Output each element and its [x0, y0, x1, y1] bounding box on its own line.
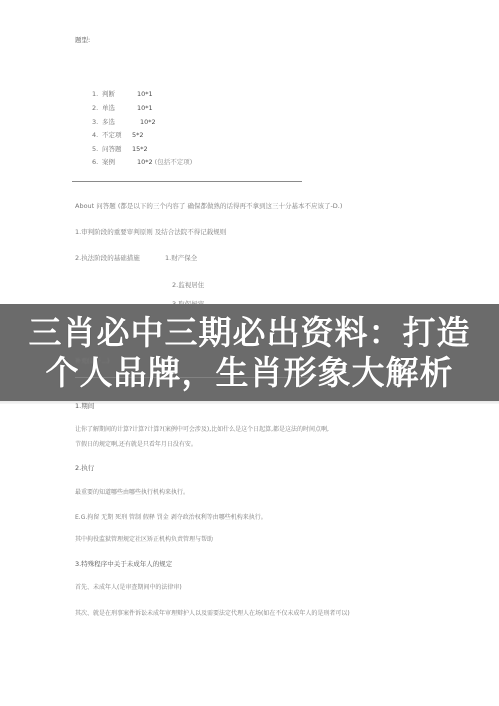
section-2-note: 其中拘役监狱管理规定社区矫正机构负责管理与帮助: [75, 536, 213, 544]
question-type-item: 1. 判断 10*1: [92, 90, 153, 98]
point-2-sub-item: 1.财产保全: [165, 254, 197, 262]
section-3-second: 其次、就是在刑事案件诉讼未成年审理辩护人以及需要法定代理人在场(如在不仅未成年人…: [75, 610, 350, 618]
question-type-item: 6. 案例 10*2 (包括不定项): [92, 158, 192, 166]
about-line: About 问答题 (都是以下的三个内容了 确保都做熟的话得再不拿到这三十分基本…: [75, 202, 342, 210]
question-type-item: 2. 单选 10*1: [92, 104, 153, 112]
section-2-body: 最重要的知道哪些由哪些执行机构来执行。: [75, 489, 189, 497]
point-1: 1.审判阶段的重要审判原则 及结合法院不得记载规则: [75, 228, 226, 236]
question-type-item: 3. 多选 10*2: [92, 118, 156, 126]
section-3-title: 3.特殊程序中关于未成年人的规定: [75, 560, 172, 568]
section-2-title: 2.执行: [75, 464, 94, 472]
section-1-title: 1.期间: [75, 402, 94, 410]
section-1-body-line-2: 节假日的规定啊,还有就是只看年月日没有安。: [75, 441, 197, 449]
horizontal-divider: [72, 181, 302, 182]
point-2-label: 2.执法阶段的基础措施: [75, 254, 140, 262]
question-types-heading: 题型:: [75, 36, 90, 44]
section-1-body-line-1: 让你了解期间的计算?计算?计算?(案例中可会涉及),比如什么是这个日起算,都是这…: [75, 426, 329, 434]
question-type-item: 4. 不定项 5*2: [92, 131, 144, 139]
banner-title-line-2: 个人品牌，生肖形象大解析: [0, 354, 499, 392]
section-3-first: 首先、未成年人(是审查期间中的法律审): [75, 584, 182, 592]
point-2-sub-item: 2.监视居住: [172, 281, 204, 289]
title-banner: 补充(以下...) 三肖必中三期必出资料：打造 个人品牌，生肖形象大解析: [0, 304, 499, 401]
section-2-examples: E.G.拘留 无期 死刑 管制 假释 罚金 剥夺政治权利等由哪些机构来执行。: [75, 514, 267, 522]
document-page: 题型: 1. 判断 10*1 2. 单选 10*1 3. 多选 10*2 4. …: [0, 0, 499, 706]
banner-title-line-1: 三肖必中三期必出资料：打造: [0, 314, 499, 352]
question-type-item: 5. 问答题 15*2: [92, 145, 148, 153]
